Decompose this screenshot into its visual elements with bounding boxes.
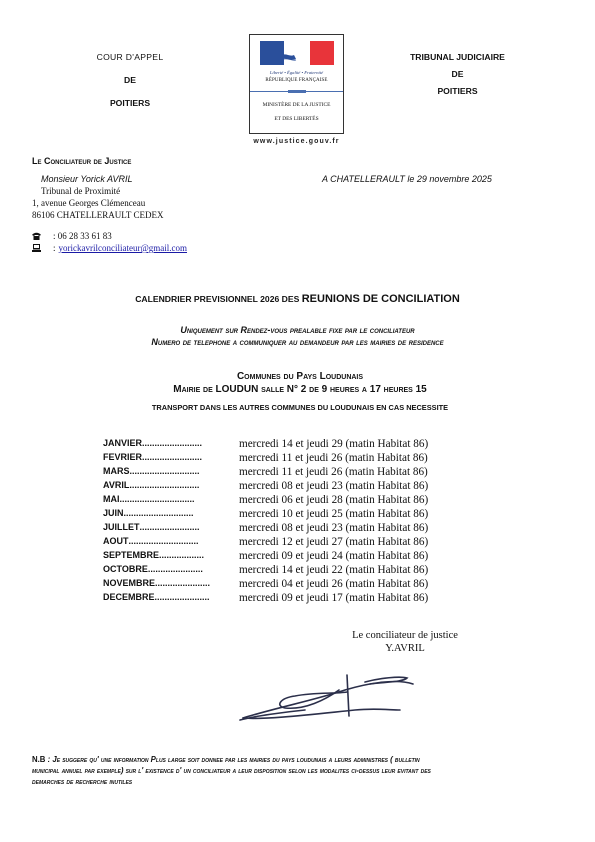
calendar-row: JUILLET ........................mercredi… xyxy=(103,522,239,535)
calendar-dates: mercredi 04 et jeudi 26 (matin Habitat 8… xyxy=(239,578,428,590)
signature-role: Le conciliateur de justice xyxy=(330,629,480,642)
calendar-leader-dots: ...................... xyxy=(155,578,239,588)
computer-icon xyxy=(32,244,41,252)
calendar-dates: mercredi 10 et jeudi 25 (matin Habitat 8… xyxy=(239,508,428,520)
calendar-leader-dots: ........................ xyxy=(140,522,239,532)
subtitle-line-2: Numero de telephone a communiquer au dem… xyxy=(0,336,595,348)
footnote-line-3: demarches de recherche inutiles xyxy=(32,776,572,787)
footnote-line-2: municipal annuel par exemple) sur l' exi… xyxy=(32,765,572,776)
calendar-dates: mercredi 11 et jeudi 26 (matin Habitat 8… xyxy=(239,452,428,464)
location-room-hours: salle N° 2 de 9 heures a 17 heures 15 xyxy=(258,384,426,395)
calendar-dates: mercredi 12 et jeudi 27 (matin Habitat 8… xyxy=(239,536,428,548)
calendar-row: NOVEMBRE......................mercredi 0… xyxy=(103,578,239,591)
tribunal-header: TRIBUNAL JUDICIAIRE DE POITIERS xyxy=(385,52,530,96)
calendar-dates: mercredi 09 et jeudi 17 (matin Habitat 8… xyxy=(239,592,428,604)
phone-row: : 06 28 33 61 83 xyxy=(32,231,112,241)
footnote: N.B : Je suggere qu' une information Plu… xyxy=(32,754,572,787)
footnote-label: N.B xyxy=(32,755,45,764)
title-part-2: REUNIONS DE CONCILIATION xyxy=(302,293,460,305)
calendar-month: MAI xyxy=(103,494,120,504)
tribunal-line-2: DE xyxy=(385,69,530,79)
calendar-leader-dots: ............................ xyxy=(129,536,239,546)
calendar-row: JUIN............................mercredi… xyxy=(103,508,239,521)
email-row: : yorickavrilconciliateur@gmail.com xyxy=(32,243,187,253)
document-title: CALENDRIER PREVISIONNEL 2026 DES REUNION… xyxy=(0,289,595,307)
calendar-dates: mercredi 11 et jeudi 26 (matin Habitat 8… xyxy=(239,466,428,478)
marianne-flag-icon xyxy=(260,41,334,65)
signature-block: Le conciliateur de justice Y.AVRIL xyxy=(330,629,480,655)
telephone-icon xyxy=(32,232,41,240)
calendar-leader-dots: .............................. xyxy=(120,494,239,504)
calendar-leader-dots: ........................ xyxy=(142,438,239,448)
title-part-1: CALENDRIER PREVISIONNEL 2026 DES xyxy=(135,294,302,304)
calendar-leader-dots: ...................... xyxy=(155,592,239,602)
calendar-month: NOVEMBRE xyxy=(103,578,155,588)
calendar-dates: mercredi 14 et jeudi 22 (matin Habitat 8… xyxy=(239,564,428,576)
calendar-leader-dots: .................. xyxy=(159,550,239,560)
location-town: LOUDUN xyxy=(216,384,259,395)
phone-number: : 06 28 33 61 83 xyxy=(53,231,112,241)
calendar-row: OCTOBRE......................mercredi 14… xyxy=(103,564,239,577)
calendar-row: SEPTEMBRE ..................mercredi 09 … xyxy=(103,550,239,563)
court-line-3: POITIERS xyxy=(55,98,205,108)
calendar-leader-dots: ............................ xyxy=(130,466,239,476)
calendar-leader-dots: ............................ xyxy=(129,480,239,490)
footnote-line-1: N.B : Je suggere qu' une information Plu… xyxy=(32,754,572,765)
email-prefix: : xyxy=(53,243,56,253)
sender-title: Le Conciliateur de Justice xyxy=(32,156,131,166)
calendar-dates: mercredi 08 et jeudi 23 (matin Habitat 8… xyxy=(239,522,428,534)
calendar-dates: mercredi 06 et jeudi 28 (matin Habitat 8… xyxy=(239,494,428,506)
logo-motto: Liberté • Égalité • Fraternité xyxy=(250,70,343,75)
calendar-row: FEVRIER ........................mercredi… xyxy=(103,452,239,465)
email-link[interactable]: yorickavrilconciliateur@gmail.com xyxy=(59,243,188,253)
calendar-row: MARS............................mercredi… xyxy=(103,466,239,479)
calendar-month: JUIN xyxy=(103,508,124,518)
calendar-month: AVRIL xyxy=(103,480,129,490)
calendar-dates: mercredi 14 et jeudi 29 (matin Habitat 8… xyxy=(239,438,428,450)
calendar-dates: mercredi 09 et jeudi 24 (matin Habitat 8… xyxy=(239,550,428,562)
court-line-2: DE xyxy=(55,75,205,85)
tribunal-line-3: POITIERS xyxy=(385,86,530,96)
calendar-month: DECEMBRE xyxy=(103,592,155,602)
location-mairie: Mairie de xyxy=(173,384,215,395)
calendar-month: OCTOBRE xyxy=(103,564,148,574)
court-line-1: COUR D'APPEL xyxy=(55,52,205,62)
footnote-text-1: : Je suggere qu' une information Plus la… xyxy=(45,755,419,764)
calendar-dates: mercredi 08 et jeudi 23 (matin Habitat 8… xyxy=(239,480,428,492)
calendar-month: MARS xyxy=(103,466,130,476)
sender-address-1: 1, avenue Georges Clémenceau xyxy=(32,198,145,208)
handwritten-signature xyxy=(235,670,420,730)
court-of-appeal-header: COUR D'APPEL DE POITIERS xyxy=(55,52,205,108)
logo-ministry-line-1: MINISTÈRE DE LA JUSTICE xyxy=(250,102,343,108)
calendar-row: JANVIER ........................mercredi… xyxy=(103,438,239,451)
calendar-row: MAI..............................mercred… xyxy=(103,494,239,507)
calendar-month: FEVRIER xyxy=(103,452,142,462)
sender-address-2: 86106 CHATELLERAULT CEDEX xyxy=(32,210,164,220)
location-line-2: Mairie de LOUDUN salle N° 2 de 9 heures … xyxy=(0,384,595,395)
sender-name: Monsieur Yorick AVRIL xyxy=(41,174,133,184)
logo-url: www.justice.gouv.fr xyxy=(249,138,344,145)
calendar-leader-dots: ...................... xyxy=(148,564,239,574)
ministry-logo: Liberté • Égalité • Fraternité RÉPUBLIQU… xyxy=(249,34,344,134)
logo-republique: RÉPUBLIQUE FRANÇAISE xyxy=(250,78,343,83)
calendar-row: DECEMBRE......................mercredi 0… xyxy=(103,592,239,605)
calendar-month: JANVIER xyxy=(103,438,142,448)
logo-ministry-line-2: ET DES LIBERTÉS xyxy=(250,116,343,122)
place-date: A CHATELLERAULT le 29 novembre 2025 xyxy=(322,174,492,184)
sender-office: Tribunal de Proximité xyxy=(41,186,120,196)
calendar-leader-dots: ............................ xyxy=(124,508,239,518)
location-transport: TRANSPORT DANS LES AUTRES COMMUNES DU LO… xyxy=(0,403,595,412)
tribunal-line-1: TRIBUNAL JUDICIAIRE xyxy=(385,52,530,62)
calendar-row: AVRIL............................mercred… xyxy=(103,480,239,493)
subtitle-line-1: Uniquement sur Rendez-vous prealable fix… xyxy=(0,324,595,336)
signature-name: Y.AVRIL xyxy=(330,642,480,655)
calendar-month: SEPTEMBRE xyxy=(103,550,159,560)
calendar-row: AOUT ............................mercred… xyxy=(103,536,239,549)
calendar-month: JUILLET xyxy=(103,522,140,532)
calendar-month: AOUT xyxy=(103,536,129,546)
calendar-leader-dots: ........................ xyxy=(142,452,239,462)
subtitle: Uniquement sur Rendez-vous prealable fix… xyxy=(0,324,595,348)
location-line-1: Communes du Pays Loudunais xyxy=(0,371,595,382)
